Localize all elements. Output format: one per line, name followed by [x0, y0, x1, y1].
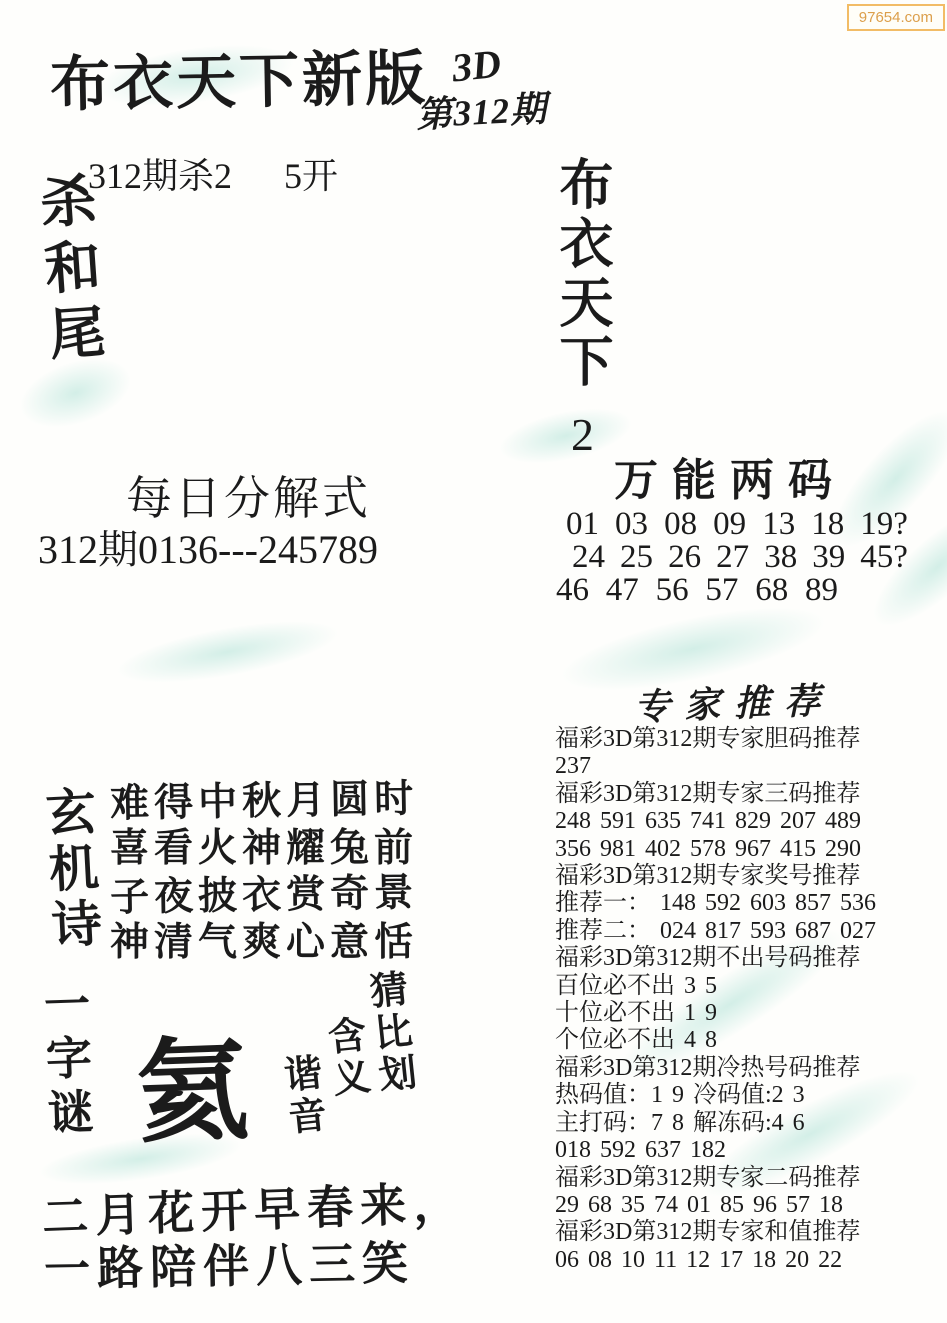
code-cell: 47 — [606, 572, 639, 609]
expert-line: 018 592 637 182 — [555, 1137, 947, 1164]
expert-line: 福彩3D第312期专家和值推荐 — [555, 1219, 947, 1246]
riddle-answer-character: 氦 — [133, 1000, 251, 1165]
code-cell: 13 — [762, 506, 795, 543]
lottery-sheet-page: 97654.com 布衣天下新版 3D 第312期 312期杀2 5开 杀和尾 … — [0, 0, 947, 1323]
code-cell: 45? — [860, 539, 908, 576]
code-cell: 25 — [620, 539, 653, 576]
kill-sum-tail-vertical: 杀和尾 — [21, 169, 115, 372]
site-watermark-badge: 97654.com — [847, 4, 945, 31]
expert-line: 356 981 402 578 967 415 290 — [555, 836, 947, 863]
bottom-poem-line: 一路陪伴八三笑 — [43, 1227, 415, 1299]
kill-number-line: 312期杀2 — [88, 148, 232, 199]
expert-line: 热码值：1 9 冷码值:2 3 — [555, 1082, 947, 1109]
one-char-riddle-label: 一字谜 — [29, 979, 101, 1143]
expert-line: 237 — [555, 753, 947, 780]
mystery-poem: 难得中秋月圆时 喜看火神耀兔前 子夜披衣赏奇景 神清气爽心意恬 — [110, 770, 418, 958]
expert-line: 主打码：7 8 解冻码:4 6 — [555, 1110, 947, 1137]
code-cell: 27 — [716, 539, 749, 576]
daily-decomposition-formula: 312期0136---245789 — [38, 518, 378, 575]
expert-line: 福彩3D第312期专家奖号推荐 — [555, 863, 947, 890]
expert-line: 十位必不出 1 9 — [555, 1000, 947, 1027]
code-cell: 24 — [572, 539, 605, 576]
expert-line: 福彩3D第312期冷热号码推荐 — [555, 1055, 947, 1082]
code-cell: 18 — [811, 506, 844, 543]
universal-two-codes-title: 万能两码 — [614, 444, 846, 508]
brand-vertical: 布衣天下 2 — [544, 156, 621, 460]
code-cell: 56 — [656, 572, 689, 609]
expert-line: 推荐二： 024 817 593 687 027 — [555, 918, 947, 945]
code-cell: 03 — [615, 506, 648, 543]
two-codes-row: 46 47 56 57 68 89 — [556, 572, 838, 609]
expert-line: 福彩3D第312期专家三码推荐 — [555, 781, 947, 808]
expert-line: 福彩3D第312期专家二码推荐 — [555, 1165, 947, 1192]
open-number-line: 5开 — [284, 148, 338, 199]
poem-line: 难得中秋月圆时 — [110, 767, 419, 819]
code-cell: 19? — [860, 506, 908, 543]
brand-vertical-text: 布衣天下 — [552, 156, 612, 392]
expert-recommendation-title: 专家推荐 — [633, 673, 835, 731]
code-cell: 08 — [664, 506, 697, 543]
expert-line: 福彩3D第312期专家胆码推荐 — [555, 726, 947, 753]
code-cell: 09 — [713, 506, 746, 543]
expert-recommendation-list: 福彩3D第312期专家胆码推荐 237 福彩3D第312期专家三码推荐 248 … — [555, 726, 947, 1274]
expert-line: 29 68 35 74 01 85 96 57 18 — [555, 1192, 947, 1219]
code-cell: 01 — [566, 506, 599, 543]
expert-line: 福彩3D第312期不出号码推荐 — [555, 945, 947, 972]
expert-line: 个位必不出 4 8 — [555, 1027, 947, 1054]
code-cell: 57 — [705, 572, 738, 609]
code-cell: 38 — [764, 539, 797, 576]
code-cell: 68 — [755, 572, 788, 609]
code-cell: 39 — [812, 539, 845, 576]
expert-line: 06 08 10 11 12 17 18 20 22 — [555, 1247, 947, 1274]
riddle-hint: 谐音 — [270, 1051, 333, 1140]
mystery-poem-label: 玄机诗 — [30, 784, 111, 956]
expert-line: 百位必不出 3 5 — [555, 973, 947, 1000]
code-cell: 46 — [556, 572, 589, 609]
site-watermark-text: 97654.com — [859, 9, 933, 26]
issue-number: 第312期 — [415, 81, 549, 139]
watermark-smudge — [113, 609, 343, 695]
page-title: 布衣天下新版 — [49, 31, 428, 124]
poem-line: 子夜披衣赏奇景 — [110, 861, 419, 913]
code-cell: 26 — [668, 539, 701, 576]
expert-line: 推荐一： 148 592 603 857 536 — [555, 890, 947, 917]
two-codes-row: 24 25 26 27 38 39 45? — [572, 539, 908, 576]
code-cell: 89 — [805, 572, 838, 609]
brand-vertical-number: 2 — [557, 409, 608, 460]
two-codes-row: 01 03 08 09 13 18 19? — [566, 506, 908, 543]
expert-line: 248 591 635 741 829 207 489 — [555, 808, 947, 835]
